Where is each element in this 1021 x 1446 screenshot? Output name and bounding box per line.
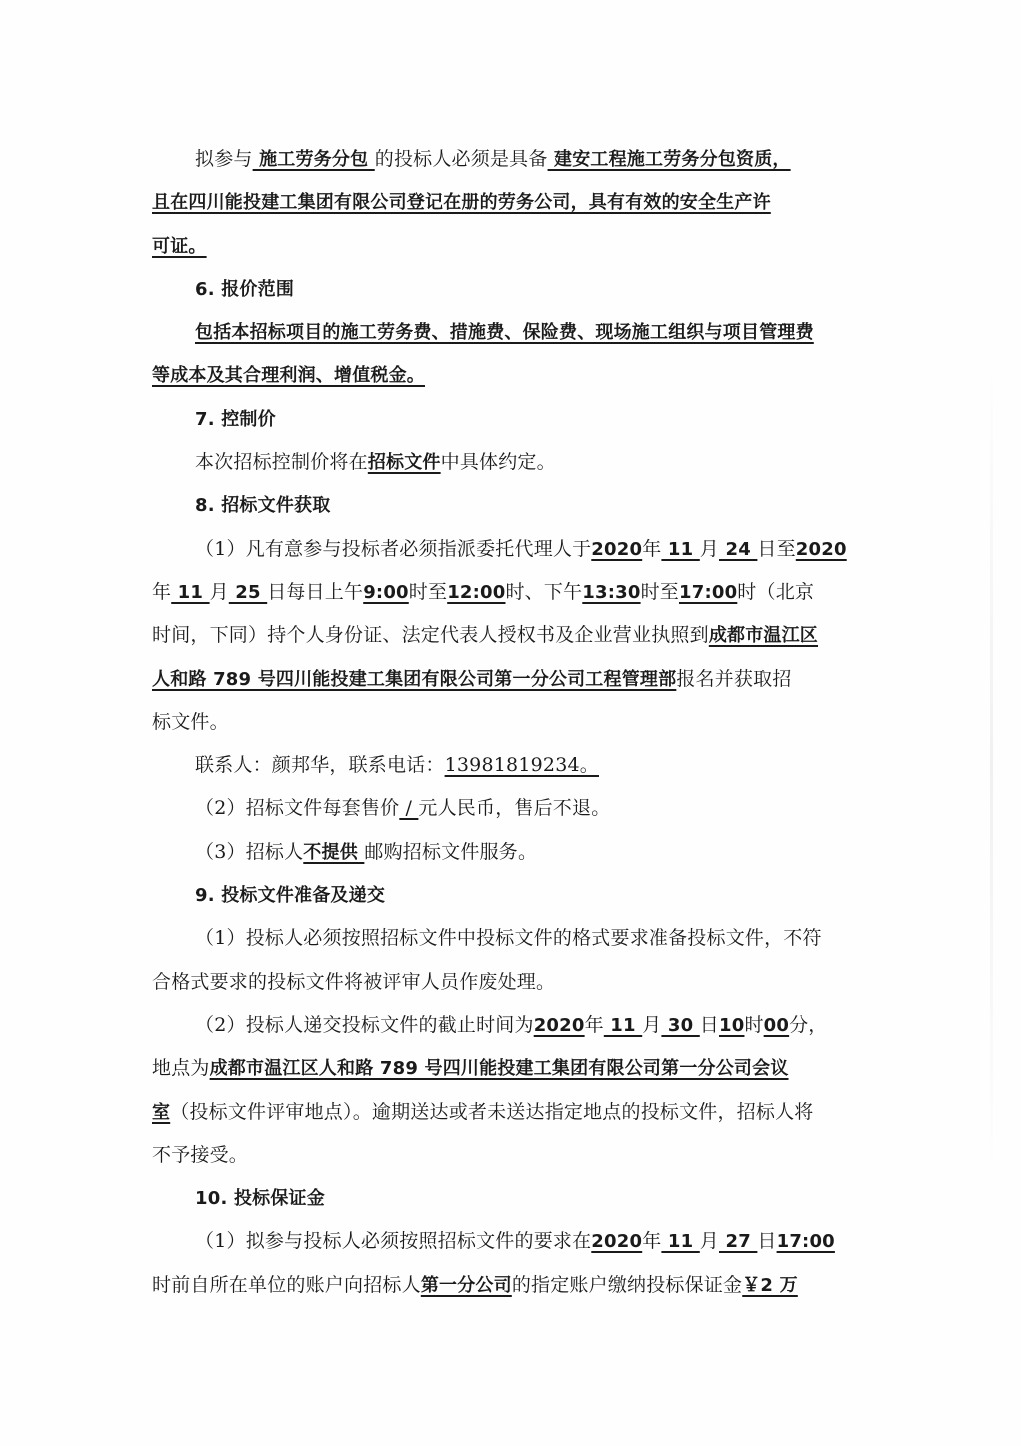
registration-location-field: 成都市温江区	[709, 625, 818, 646]
deadline-minute-field: 00	[764, 1015, 789, 1036]
deposit-time-field: 17:00	[777, 1231, 835, 1252]
text: 时前自所在单位的账户向招标人	[152, 1274, 421, 1296]
section-10-p1-line-1: （1）拟参与投标人必须按照招标文件的要求在2020年 11 月 27 日17:0…	[152, 1220, 862, 1263]
qualification-line-3: 可证。	[152, 225, 862, 268]
text: 中具体约定。	[441, 451, 556, 473]
scan-artifact	[990, 360, 993, 1180]
text: 的指定账户缴纳投标保证金	[512, 1274, 742, 1296]
section-6-line-2: 等成本及其合理利润、增值税金。	[152, 354, 862, 397]
contact-label: 联系人：颜邦华，联系电话：	[195, 754, 445, 776]
deposit-year-field: 2020	[591, 1231, 642, 1252]
qualification-field-end: 可证。	[152, 236, 207, 257]
section-8-p1-line-2: 年 11 月 25 日每日上午9:00时至12:00时、下午13:30时至17:…	[152, 571, 862, 614]
text: 日至	[757, 538, 795, 560]
tender-document-field: 招标文件	[368, 452, 441, 473]
submission-location-field: 成都市温江区人和路 789 号四川能投建工集团有限公司第一分公司会议	[210, 1058, 789, 1079]
text: 日每日上午	[267, 581, 363, 603]
deadline-hour-field: 10	[719, 1015, 744, 1036]
section-10-heading: 10. 投标保证金	[152, 1177, 862, 1220]
section-8-p3-line: （3）招标人不提供 邮购招标文件服务。	[152, 831, 862, 874]
start-month-field: 11	[661, 539, 699, 560]
text: 地点为	[152, 1057, 210, 1079]
text: 年	[642, 538, 661, 560]
text: 时、下午	[505, 581, 582, 603]
text: 本次招标控制价将在	[195, 451, 368, 473]
text: 的投标人必须是具备	[375, 148, 548, 170]
text: 标文件。	[152, 711, 229, 733]
text: 年	[152, 581, 171, 603]
section-9-p1-line-1: （1）投标人必须按照招标文件中投标文件的格式要求准备投标文件，不符	[152, 917, 862, 960]
section-8-contact-line: 联系人：颜邦华，联系电话：13981819234。	[152, 744, 862, 787]
document-body: 拟参与 施工劳务分包 的投标人必须是具备 建安工程施工劳务分包资质， 且在四川能…	[152, 138, 862, 1307]
deadline-year-field: 2020	[534, 1015, 585, 1036]
mail-service-field: 不提供	[303, 842, 364, 863]
section-9-p1-line-2: 合格式要求的投标文件将被评审人员作废处理。	[152, 961, 862, 1004]
text: （1）凡有意参与投标者必须指派委托代理人于	[195, 538, 591, 560]
section-8-p1-line-3: 时间，下同）持个人身份证、法定代表人授权书及企业营业执照到成都市温江区	[152, 614, 862, 657]
end-month-field: 11	[171, 582, 209, 603]
text: （投标文件评审地点）。逾期送达或者未送达指定地点的投标文件，招标人将	[170, 1101, 813, 1123]
price-scope-field: 包括本招标项目的施工劳务费、措施费、保险费、现场施工组织与项目管理费	[195, 322, 814, 343]
end-day-field: 25	[229, 582, 267, 603]
qualification-line-1: 拟参与 施工劳务分包 的投标人必须是具备 建安工程施工劳务分包资质，	[152, 138, 862, 181]
text: 时（北京	[737, 581, 814, 603]
section-7-heading: 7. 控制价	[152, 398, 862, 441]
price-scope-field-cont: 等成本及其合理利润、增值税金。	[152, 365, 425, 386]
text: 日	[757, 1230, 776, 1252]
text: 分，	[789, 1014, 827, 1036]
text: 时至	[409, 581, 447, 603]
section-8-p1-line-5: 标文件。	[152, 701, 862, 744]
start-year-field: 2020	[591, 539, 642, 560]
section-8-p1-line-4: 人和路 789 号四川能投建工集团有限公司第一分公司工程管理部报名并获取招	[152, 658, 862, 701]
branch-field: 第一分公司	[421, 1275, 512, 1296]
text: 拟参与	[195, 148, 253, 170]
text: 时	[744, 1014, 763, 1036]
text: 时间，下同）持个人身份证、法定代表人授权书及企业营业执照到	[152, 624, 709, 646]
am-end-field: 12:00	[447, 582, 505, 603]
text: （2）投标人递交投标文件的截止时间为	[195, 1014, 534, 1036]
qualification-field: 建安工程施工劳务分包资质，	[548, 149, 791, 170]
text: 时至	[641, 581, 679, 603]
text: （3）招标人	[195, 841, 303, 863]
section-8-heading: 8. 招标文件获取	[152, 484, 862, 527]
text: 月	[642, 1014, 661, 1036]
pm-end-field: 17:00	[679, 582, 737, 603]
text: 不予接受。	[152, 1144, 248, 1166]
text: （2）招标文件每套售价	[195, 797, 399, 819]
am-start-field: 9:00	[363, 582, 409, 603]
text: （1）投标人必须按照招标文件中投标文件的格式要求准备投标文件，不符	[195, 927, 822, 949]
start-day-field: 24	[719, 539, 757, 560]
section-6-heading: 6. 报价范围	[152, 268, 862, 311]
section-10-p1-line-2: 时前自所在单位的账户向招标人第一分公司的指定账户缴纳投标保证金￥2 万	[152, 1264, 862, 1307]
text: 年	[585, 1014, 604, 1036]
text: 月	[700, 1230, 719, 1252]
text: 合格式要求的投标文件将被评审人员作废处理。	[152, 971, 555, 993]
contact-phone: 13981819234。	[445, 754, 599, 776]
section-6-line-1: 包括本招标项目的施工劳务费、措施费、保险费、现场施工组织与项目管理费	[152, 311, 862, 354]
deposit-amount-field: ￥2 万	[742, 1275, 798, 1296]
end-year-field: 2020	[796, 539, 847, 560]
deadline-day-field: 30	[661, 1015, 699, 1036]
submission-location-field-end: 室	[152, 1102, 170, 1123]
deposit-month-field: 11	[661, 1231, 699, 1252]
pm-start-field: 13:30	[582, 582, 640, 603]
document-price-field: /	[399, 797, 418, 819]
qualification-field-cont: 且在四川能投建工集团有限公司登记在册的劳务公司，具有有效的安全生产许	[152, 192, 771, 213]
qualification-line-2: 且在四川能投建工集团有限公司登记在册的劳务公司，具有有效的安全生产许	[152, 181, 862, 224]
text: 元人民币，售后不退。	[418, 797, 610, 819]
section-7-line-1: 本次招标控制价将在招标文件中具体约定。	[152, 441, 862, 484]
section-9-p2-line-2: 地点为成都市温江区人和路 789 号四川能投建工集团有限公司第一分公司会议	[152, 1047, 862, 1090]
text: 月	[700, 538, 719, 560]
scanned-document-page: 拟参与 施工劳务分包 的投标人必须是具备 建安工程施工劳务分包资质， 且在四川能…	[0, 0, 1021, 1446]
text: 邮购招标文件服务。	[364, 841, 537, 863]
section-9-p2-line-3: 室（投标文件评审地点）。逾期送达或者未送达指定地点的投标文件，招标人将	[152, 1091, 862, 1134]
section-9-heading: 9. 投标文件准备及递交	[152, 874, 862, 917]
subcontract-type-field: 施工劳务分包	[253, 149, 375, 170]
section-9-p2-line-4: 不予接受。	[152, 1134, 862, 1177]
text: （1）拟参与投标人必须按照招标文件的要求在	[195, 1230, 591, 1252]
section-9-p2-line-1: （2）投标人递交投标文件的截止时间为2020年 11 月 30 日10时00分，	[152, 1004, 862, 1047]
registration-location-field-cont: 人和路 789 号四川能投建工集团有限公司第一分公司工程管理部	[152, 669, 676, 690]
text: 报名并获取招	[676, 668, 791, 690]
text: 年	[642, 1230, 661, 1252]
section-8-p1-line-1: （1）凡有意参与投标者必须指派委托代理人于2020年 11 月 24 日至202…	[152, 528, 862, 571]
text: 月	[210, 581, 229, 603]
section-8-p2-line: （2）招标文件每套售价 / 元人民币，售后不退。	[152, 787, 862, 830]
text: 日	[700, 1014, 719, 1036]
deposit-day-field: 27	[719, 1231, 757, 1252]
deadline-month-field: 11	[604, 1015, 642, 1036]
